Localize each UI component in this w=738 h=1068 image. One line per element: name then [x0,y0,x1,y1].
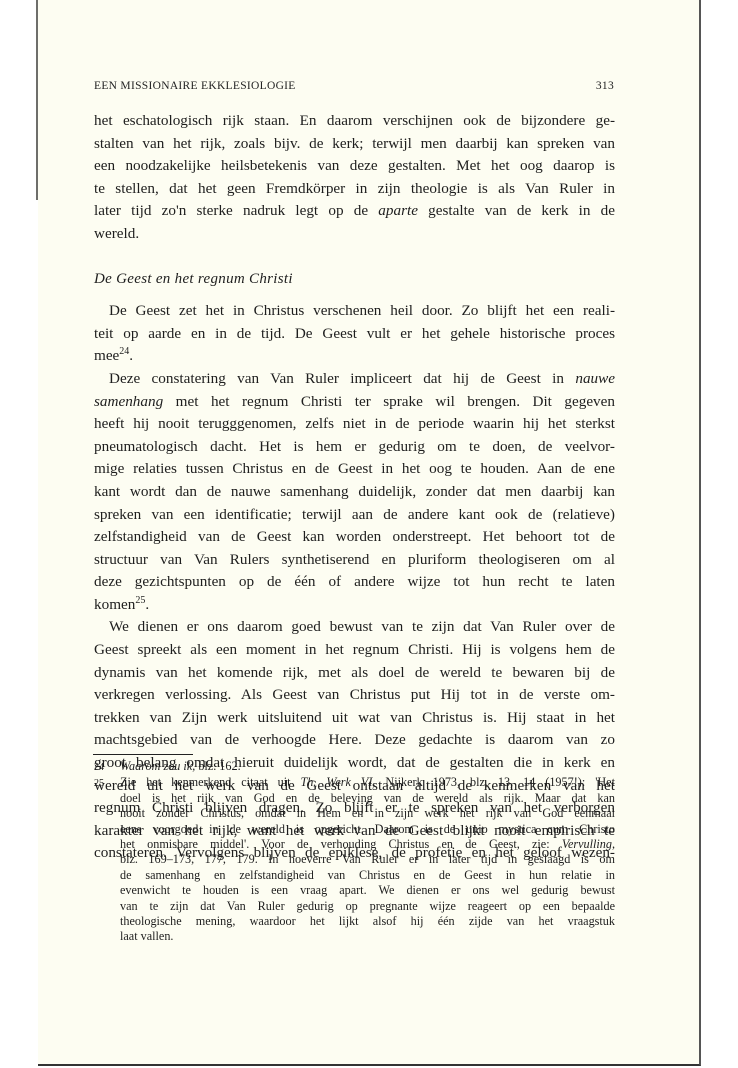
text-line: samenhang met het regnum Christi ter spr… [94,391,615,414]
text-run: blz. 162. [195,759,240,773]
text-line: heeft hij nooit terugggenomen, zelfs nie… [94,413,615,436]
paragraph-3: Deze constatering van Van Ruler implicee… [94,368,615,617]
text-line: wereld. [94,223,615,246]
text-line: het eschatologisch rijk staan. En daarom… [94,110,615,133]
footnote-text: Zie het kenmerkend citaat uit Th. Werk V… [120,775,615,944]
text-run: Deze constatering van Van Ruler implicee… [109,370,575,387]
text-run: . [129,347,133,364]
footnote-ref-24[interactable]: 24 [119,346,129,357]
footnote-number: 25 [94,775,120,944]
text-run: Zie het kenmerkend citaat uit [120,775,300,789]
footnote-24: 24 Waarom zou ik, blz. 162. [94,759,615,775]
section-heading: De Geest en het regnum Christi [94,268,615,291]
text-line: mee24. [94,345,615,368]
text-run: mee [94,347,119,364]
text-line: doel is het rijk van God en de beleving … [120,791,615,806]
running-head: EEN MISSIONAIRE EKKLESIOLOGIE 313 [94,80,614,92]
text-line: theologische mening, waardoor het lijkt … [120,914,615,929]
text-line: evenwicht te houden is een vraag apart. … [120,883,615,898]
text-line: een noodzakelijke heilsbetekenis van dez… [94,155,615,178]
text-run: het onmisbare middel'. Voor de verhoudin… [120,837,562,851]
emphasis: Th. Werk VI, [300,775,375,789]
footnote-text: Waarom zou ik, blz. 162. [120,759,615,775]
emphasis: Waarom zou ik, [120,759,195,773]
text-line: te stellen, dat het geen Fremdkörper in … [94,178,615,201]
text-run: Nijkerk 1973, blz. 13, 14 (1957!): 'Het [375,775,615,789]
text-line: het onmisbare middel'. Voor de verhoudin… [120,837,615,852]
text-run: gestalte van de kerk in de [418,202,615,219]
text-line: later tijd zo'n sterke nadruk legt op de… [94,200,615,223]
text-line: verkregen verlossing. Als Geest van Chri… [94,684,615,707]
text-line: kant wordt dan de nauwe samenhang duidel… [94,481,615,504]
text-line: pneumatologisch dacht. Het is hem er ged… [94,436,615,459]
text-line: deze gezichtspunten op de één of andere … [94,571,615,594]
footnote-25: 25 Zie het kenmerkend citaat uit Th. Wer… [94,775,615,944]
text-line: Geest spreekt als een moment in het regn… [94,639,615,662]
running-head-title: EEN MISSIONAIRE EKKLESIOLOGIE [94,80,296,92]
footnote-ref-25[interactable]: 25 [135,595,145,606]
text-line: komen25. [94,594,615,617]
text-line: laat vallen. [120,929,615,944]
text-run: later tijd zo'n sterke nadruk legt op de [94,202,378,219]
text-line: nooit zonder Christus, omdat in Hem en i… [120,806,615,821]
text-line: Deze constatering van Van Ruler implicee… [94,368,615,391]
text-line: De Geest zet het in Christus verschenen … [94,300,615,323]
emphasis: Vervulling, [562,837,615,851]
text-line: dynamis van het komende rijk, met als do… [94,662,615,685]
text-line: zelfstandigheid van de Geest kan worden … [94,526,615,549]
footnotes: 24 Waarom zou ik, blz. 162. 25 Zie het k… [94,759,615,945]
text-line: blz. 169–173, 177, 179. In hoeverre Van … [120,852,615,867]
text-line: trekken van Zijn werk uitsluitend uit wa… [94,707,615,730]
footnote-number: 24 [94,759,120,775]
text-run: komen [94,596,135,613]
text-line: structuur van Van Rulers synthetiserend … [94,549,615,572]
page-number: 313 [596,80,614,92]
text-line: eens voorgoed in de wereld is opgericht.… [120,822,615,837]
paragraph-1: het eschatologisch rijk staan. En daarom… [94,110,615,246]
text-line: de samenhang en zelfstandigheid van Chri… [120,868,615,883]
footnote-separator [93,754,193,755]
text-line: machtsgebied van de verhoogde Here. Deze… [94,729,615,752]
text-line: We dienen er ons daarom goed bewust van … [94,616,615,639]
body-text: het eschatologisch rijk staan. En daarom… [94,110,615,865]
text-line: spreken van een identificatie; terwijl a… [94,504,615,527]
paragraph-2: De Geest zet het in Christus verschenen … [94,300,615,368]
emphasis: aparte [378,202,418,219]
text-line: teit op aarde en in de tijd. De Geest vu… [94,323,615,346]
text-line: Zie het kenmerkend citaat uit Th. Werk V… [120,775,615,790]
text-line: mige relaties tussen Christus en de Gees… [94,458,615,481]
text-run: met het regnum Christi ter sprake wil br… [163,393,615,410]
text-line: van te zijn dat Van Ruler gedurig op pre… [120,899,615,914]
book-page: EEN MISSIONAIRE EKKLESIOLOGIE 313 het es… [38,0,701,1066]
emphasis: samenhang [94,393,163,410]
text-run: . [145,596,149,613]
text-line: stalten van het rijk, zoals bijv. de ker… [94,133,615,156]
emphasis: nauwe [575,370,615,387]
